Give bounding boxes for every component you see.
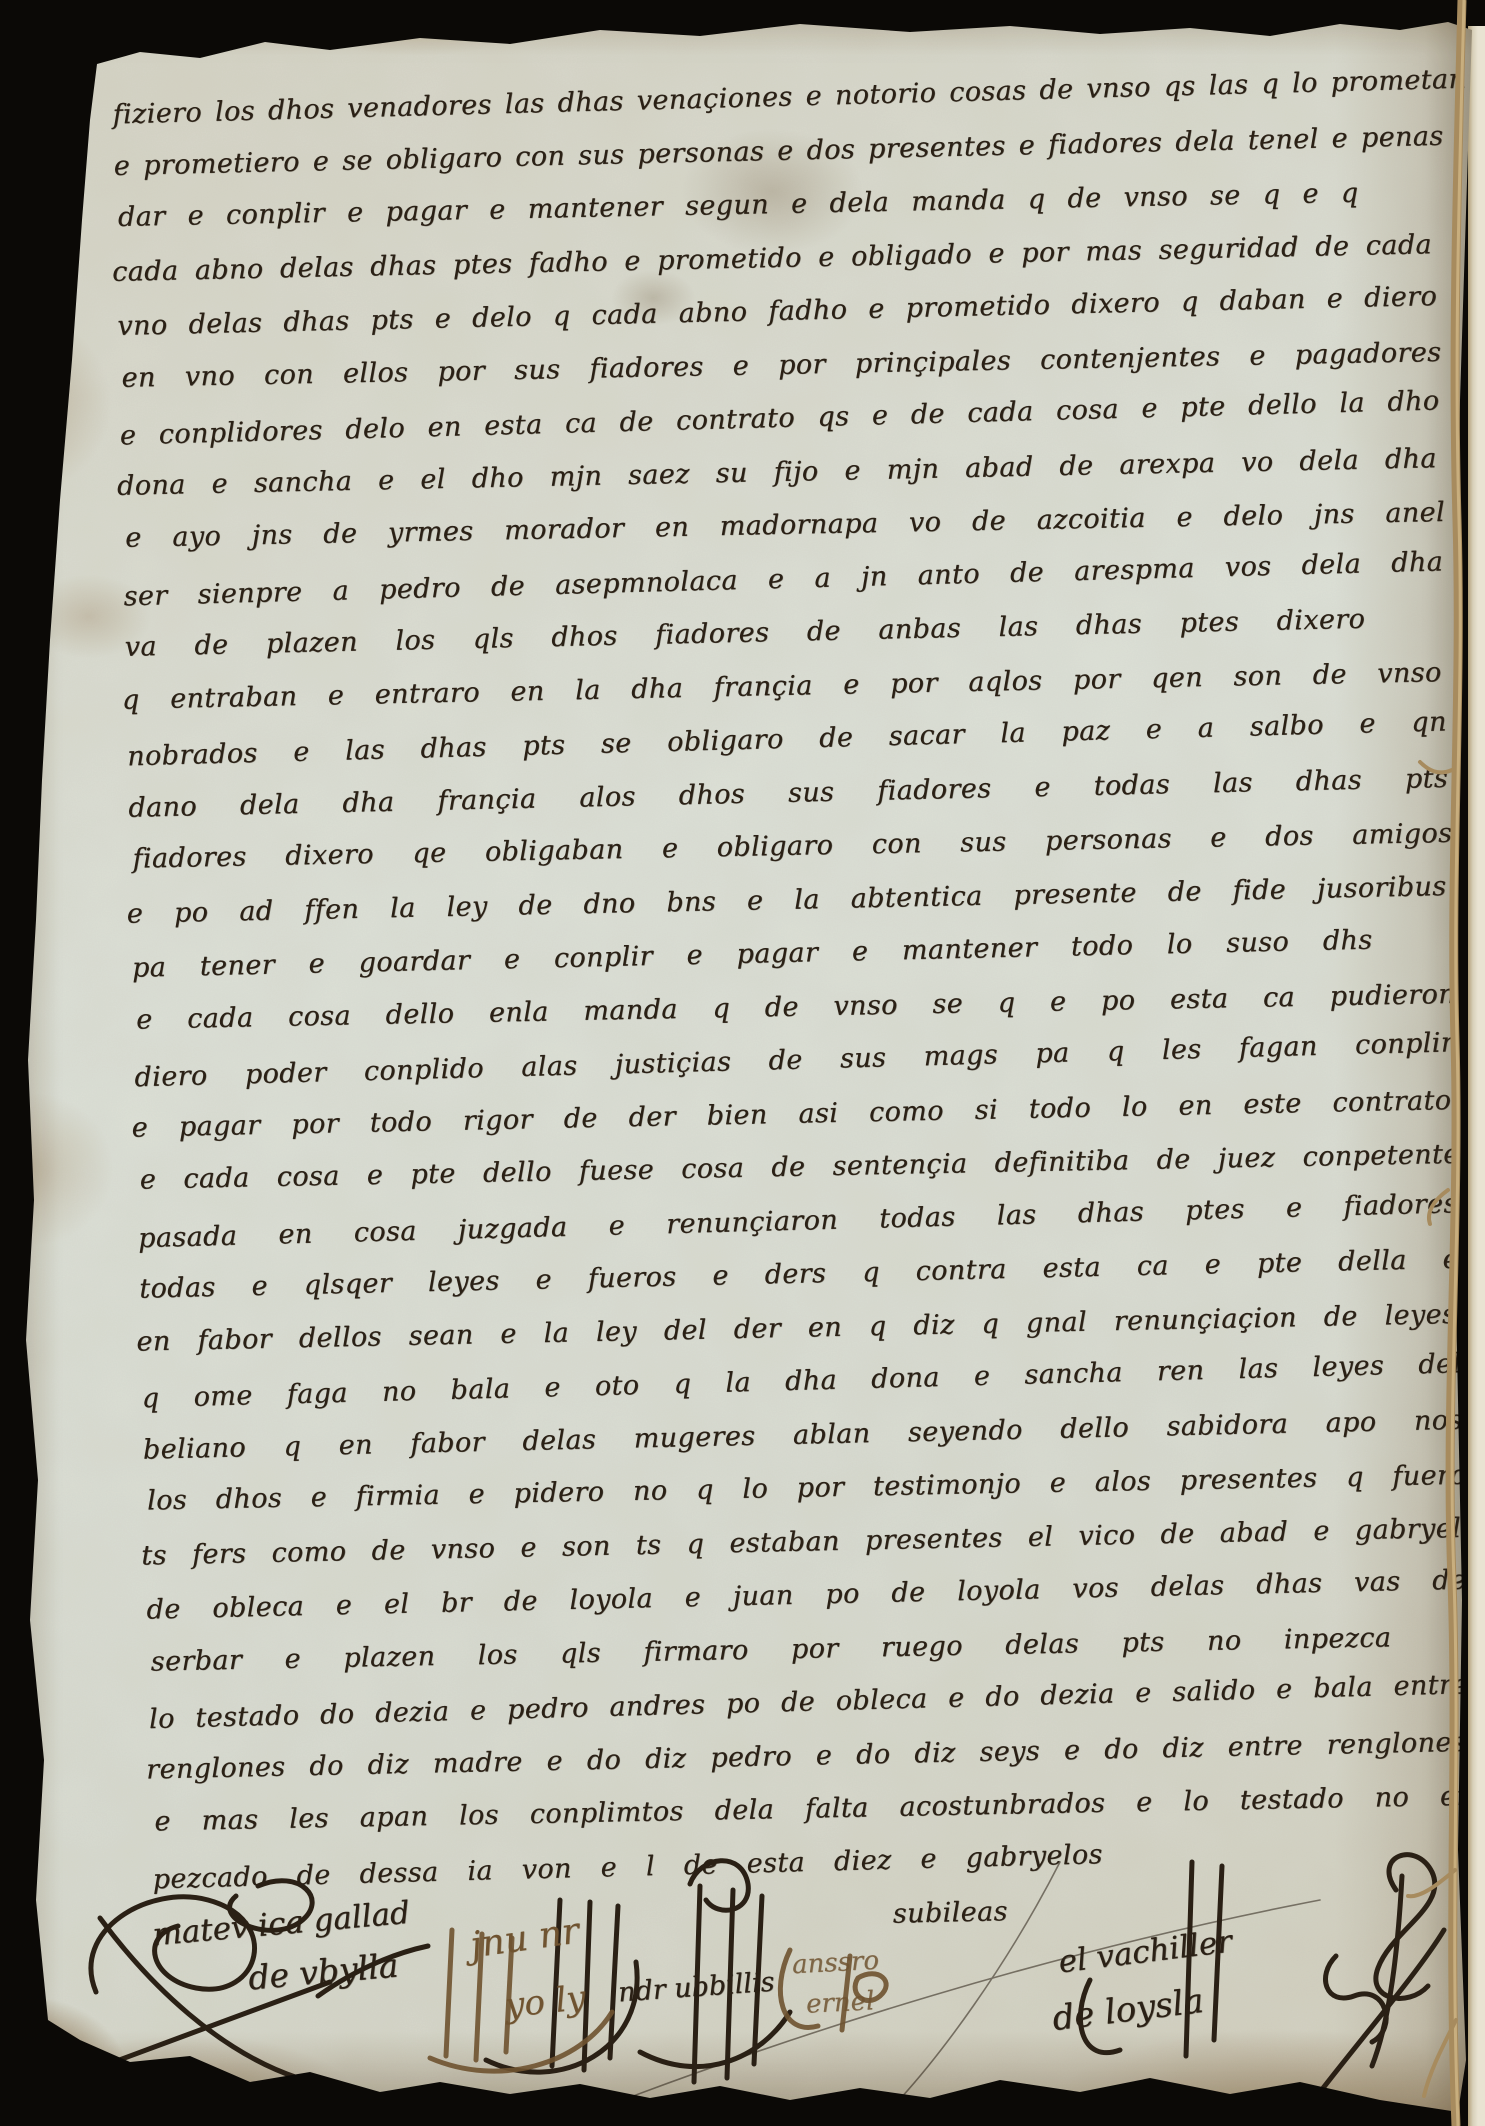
manuscript-line: subileas [892, 1881, 1184, 1941]
manuscript-text-block: fiziero los dhos venadores las dhas vena… [112, 56, 1474, 1958]
next-page-edge [1468, 26, 1485, 2126]
signature-center-brown-name-2: yo ly [503, 1978, 587, 2026]
manuscript-page: fiziero los dhos venadores las dhas vena… [0, 0, 1485, 2126]
signature-lower-brown-name-2: ernel [805, 1986, 875, 2020]
signature-lower-brown-name: anssro [791, 1946, 879, 1981]
manuscript-scan: fiziero los dhos venadores las dhas vena… [0, 0, 1485, 2126]
